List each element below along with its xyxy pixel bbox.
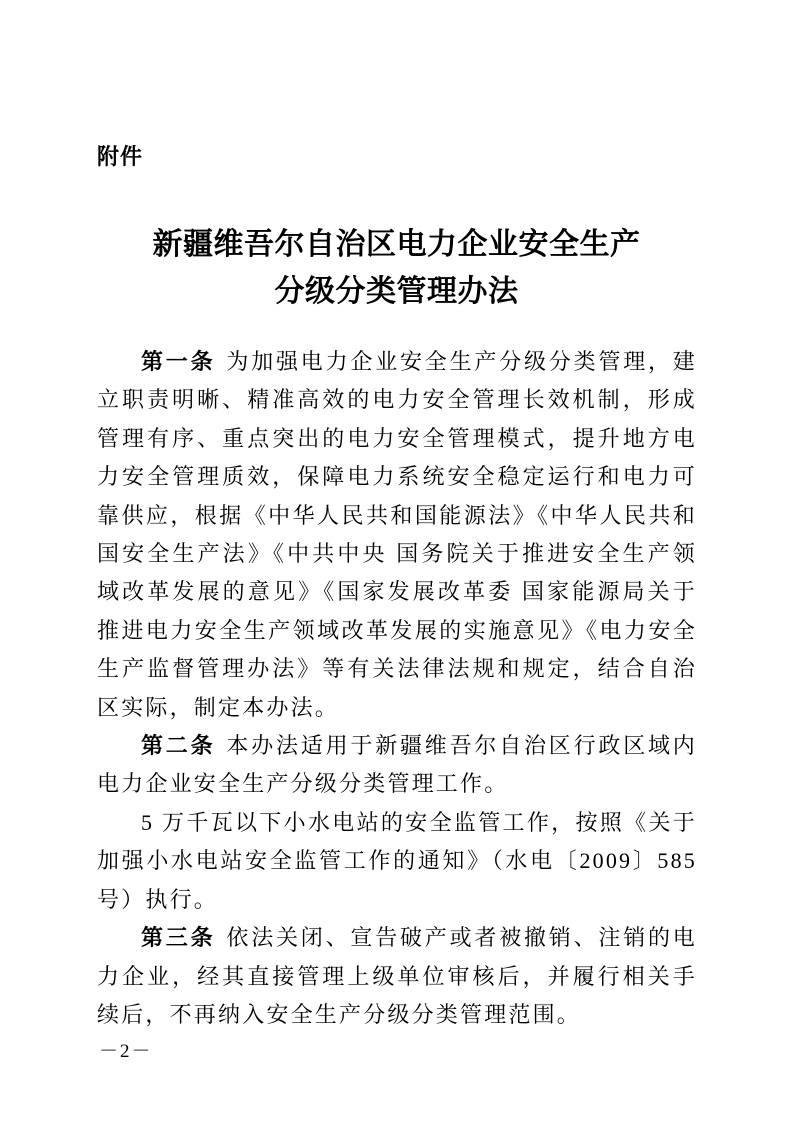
- page-number: －2－: [99, 1040, 153, 1064]
- document-title-line2: 分级分类管理办法: [275, 275, 519, 308]
- article-2-label: 第二条: [141, 733, 215, 758]
- article-1-label: 第一条: [141, 349, 215, 374]
- document-page: 附件 新疆维吾尔自治区电力企业安全生产 分级分类管理办法 第一条为加强电力企业安…: [0, 0, 793, 1122]
- paragraph-article-1: 第一条为加强电力企业安全生产分级分类管理，建立职责明晰、精准高效的电力安全管理长…: [97, 343, 697, 727]
- small-hydro-text: 5 万千瓦以下小水电站的安全监管工作，按照《关于加强小水电站安全监管工作的通知》…: [97, 810, 697, 912]
- article-1-text: 为加强电力企业安全生产分级分类管理，建立职责明晰、精准高效的电力安全管理长效机制…: [97, 349, 697, 720]
- paragraph-small-hydro: 5 万千瓦以下小水电站的安全监管工作，按照《关于加强小水电站安全监管工作的通知》…: [97, 804, 697, 919]
- document-title-line1: 新疆维吾尔自治区电力企业安全生产: [153, 228, 641, 261]
- paragraph-article-3: 第三条依法关闭、宣告破产或者被撤销、注销的电力企业，经其直接管理上级单位审核后，…: [97, 919, 697, 1034]
- paragraph-article-2: 第二条本办法适用于新疆维吾尔自治区行政区域内电力企业安全生产分级分类管理工作。: [97, 727, 697, 804]
- document-title: 新疆维吾尔自治区电力企业安全生产 分级分类管理办法: [0, 221, 793, 315]
- attachment-label: 附件: [97, 144, 143, 170]
- document-body: 第一条为加强电力企业安全生产分级分类管理，建立职责明晰、精准高效的电力安全管理长…: [97, 343, 697, 1034]
- article-3-label: 第三条: [141, 925, 215, 950]
